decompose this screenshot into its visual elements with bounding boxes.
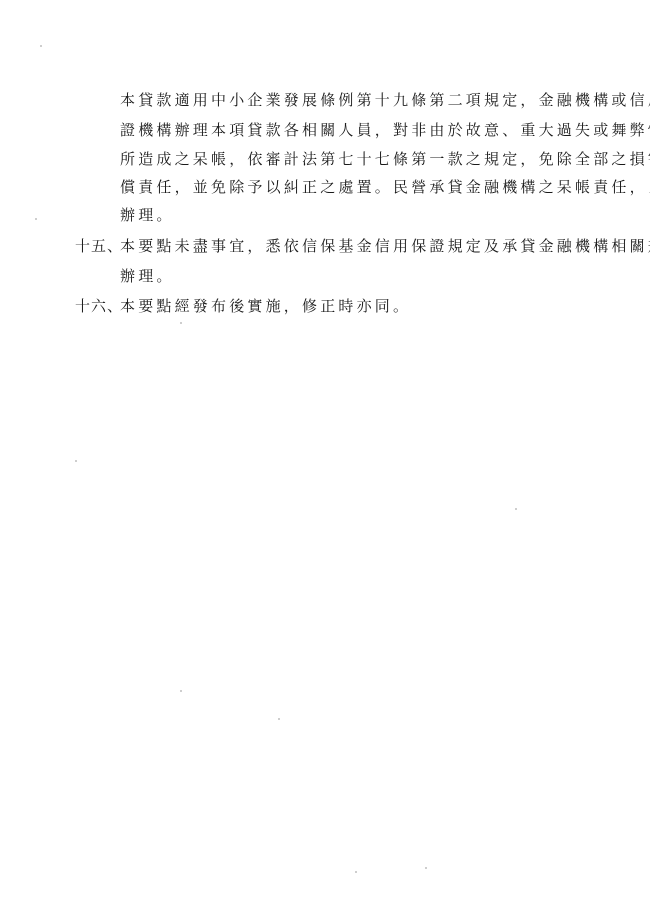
scan-speck [180,690,182,692]
document-page: 本貸款適用中小企業發展條例第十九條第二項規定，金融機構或信用保 證機構辦理本項貸… [0,0,650,919]
item-15-line-2: 辦理。 [120,266,175,286]
scan-speck [35,218,37,220]
scan-speck [425,867,427,869]
paragraph-line-1: 本貸款適用中小企業發展條例第十九條第二項規定，金融機構或信用保 [120,90,650,110]
item-15-line-1: 本要點未盡事宜，悉依信保基金信用保證規定及承貸金融機構相關規定 [120,236,650,256]
paragraph-line-2: 證機構辦理本項貸款各相關人員，對非由於故意、重大過失或舞弊情事 [120,120,650,140]
scan-speck [278,718,280,720]
scan-speck [515,508,517,510]
scan-speck [180,322,182,324]
item-16-number: 十六、 [75,296,123,316]
paragraph-line-3: 所造成之呆帳，依審計法第七十七條第一款之規定，免除全部之損害賠 [120,149,650,169]
paragraph-line-4: 償責任，並免除予以糾正之處置。民營承貸金融機構之呆帳責任，比照 [120,177,650,197]
scan-speck [40,45,42,47]
item-16-line-1: 本要點經發布後實施，修正時亦同。 [120,296,411,316]
item-15-number: 十五、 [75,236,123,256]
scan-speck [75,460,77,462]
paragraph-line-5: 辦理。 [120,205,175,225]
scan-speck [355,871,357,873]
